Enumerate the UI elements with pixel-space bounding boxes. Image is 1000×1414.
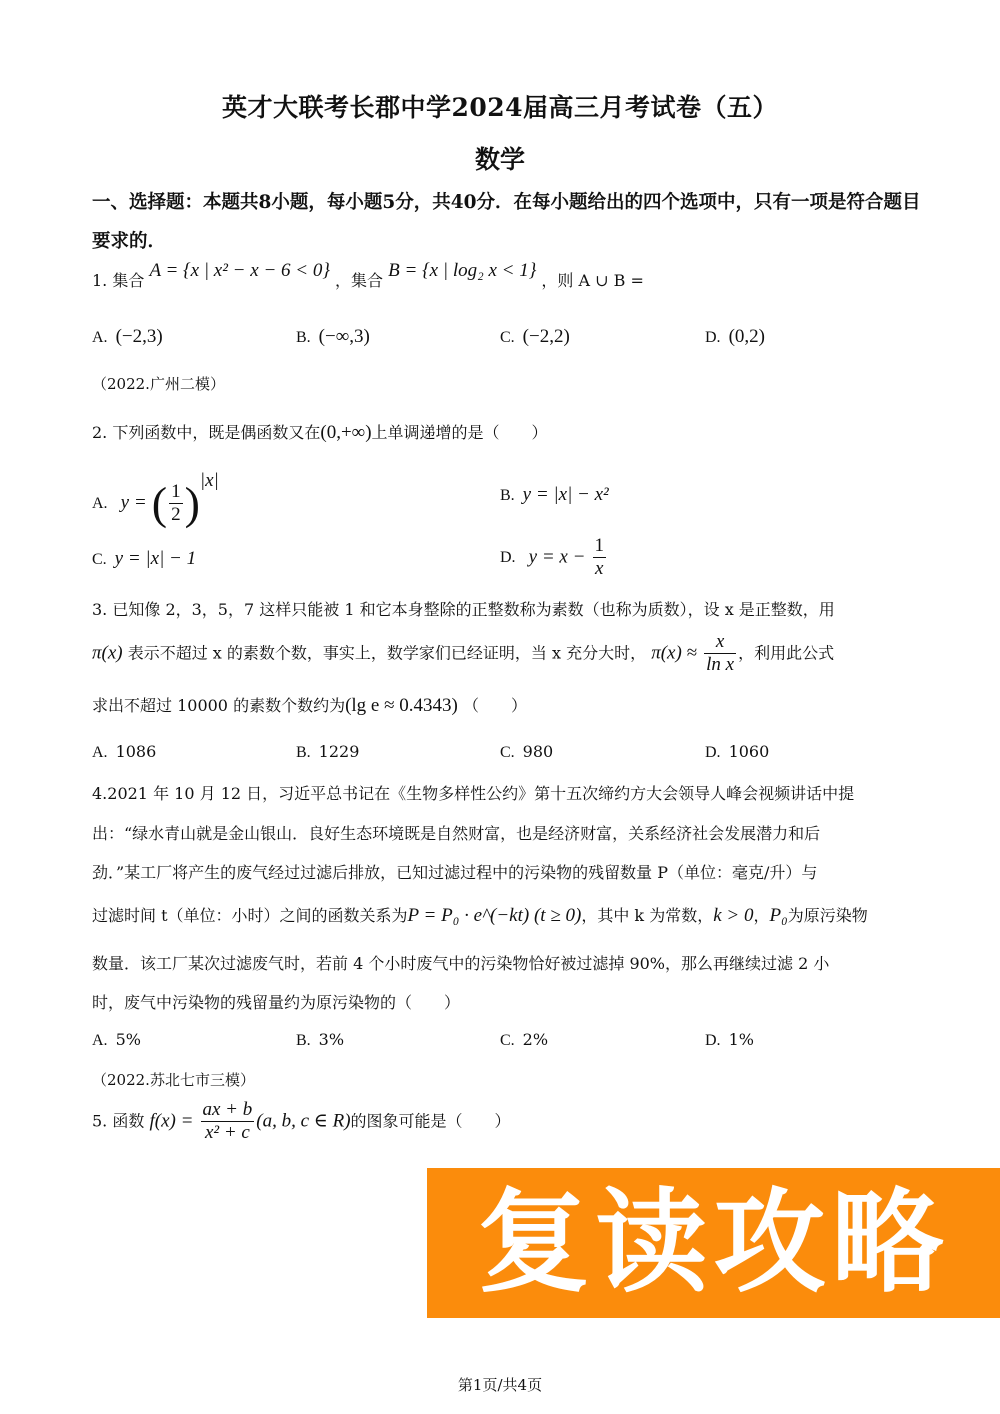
question-3-line-2: π(x) 表示不超过 x 的素数个数，事实上，数学家们已经证明，当 x 充分大时… [92, 632, 834, 676]
section-heading: 一、选择题：本题共8小题，每小题5分，共40分．在每小题给出的四个选项中，只有一… [92, 183, 922, 261]
question-source: （2022.广州二模） [92, 373, 225, 394]
question-number: 4. [92, 784, 107, 803]
question-number: 2. [92, 423, 107, 442]
watermark-text: 复读攻略 [478, 1187, 950, 1299]
decay-formula: P = P₀ · e^(−kt) (t ≥ 0) [408, 905, 582, 926]
question-number: 5. [92, 1111, 107, 1130]
option-d[interactable]: D.1% [705, 1030, 754, 1050]
option-c[interactable]: C.980 [500, 742, 553, 762]
question-text: 下列函数中，既是偶函数又在 [112, 423, 320, 442]
question-4-line-3: 劲．”某工厂将产生的废气经过过滤后排放，已知过滤过程中的污染物的残留数量 P（单… [92, 860, 817, 883]
set-b-formula: B = {x | log₂ x < 1} [388, 260, 536, 281]
question-text: ，则 A ∪ B = [541, 271, 643, 290]
question-text: ，集合 [335, 271, 383, 290]
question-3-line-1: 3. 已知像 2，3，5，7 这样只能被 1 和它本身整除的正整数称为素数（也称… [92, 597, 835, 620]
exam-subject: 数学 [0, 140, 1000, 176]
option-a[interactable]: A.1086 [92, 742, 156, 762]
option-b[interactable]: B.1229 [296, 742, 359, 762]
question-number: 3. [92, 600, 107, 619]
option-a[interactable]: A.(−2,3) [92, 326, 163, 348]
exam-title: 英才大联考长郡中学2024届高三月考试卷（五） [0, 88, 1000, 124]
question-4-line-4: 过滤时间 t（单位：小时）之间的函数关系为P = P₀ · e^(−kt) (t… [92, 903, 868, 927]
question-1: 1. 集合 A = {x | x² − x − 6 < 0} ，集合 B = {… [92, 268, 644, 292]
option-d[interactable]: D. y = x − 1x [500, 536, 608, 580]
question-4-line-6: 时，废气中污染物的残留量约为原污染物的（ ） [92, 990, 460, 1013]
question-number: 1. [92, 271, 107, 290]
question-3-line-3: 求出不超过 10000 的素数个数约为(lg e ≈ 0.4343) （ ） [92, 693, 527, 717]
set-a-formula: A = {x | x² − x − 6 < 0} [149, 260, 329, 281]
page-indicator: 第1页/共4页 [0, 1374, 1000, 1395]
option-d[interactable]: D.1060 [705, 742, 769, 762]
question-text: 集合 [112, 271, 144, 290]
question-text: 上单调递增的是（ ） [372, 423, 548, 442]
question-4-line-2: 出：“绿水青山就是金山银山．良好生态环境既是自然财富，也是经济财富，关系经济社会… [92, 821, 820, 844]
option-c[interactable]: C.2% [500, 1030, 548, 1050]
question-5: 5. 函数 f(x) = ax + bx² + c(a, b, c ∈ R)的图… [92, 1100, 511, 1144]
option-c[interactable]: C.y = |x| − 1 [92, 548, 196, 570]
question-source: （2022.苏北七市三模） [92, 1069, 255, 1090]
question-2: 2. 下列函数中，既是偶函数又在(0,+∞)上单调递增的是（ ） [92, 420, 548, 444]
option-c[interactable]: C.(−2,2) [500, 326, 570, 348]
watermark-banner: 复读攻略 [427, 1168, 1000, 1318]
option-d[interactable]: D.(0,2) [705, 326, 765, 348]
option-a[interactable]: A.5% [92, 1030, 141, 1050]
option-a[interactable]: A. y = (12)|x| [92, 470, 219, 527]
interval: (0,+∞) [320, 422, 371, 443]
option-b[interactable]: B.3% [296, 1030, 344, 1050]
option-b[interactable]: B.y = |x| − x² [500, 484, 609, 506]
option-b[interactable]: B.(−∞,3) [296, 326, 370, 348]
question-4-line-1: 4.2021 年 10 月 12 日，习近平总书记在《生物多样性公约》第十五次缔… [92, 781, 854, 804]
question-4-line-5: 数量．该工厂某次过滤废气时，若前 4 个小时废气中的污染物恰好被过滤掉 90%，… [92, 951, 829, 974]
